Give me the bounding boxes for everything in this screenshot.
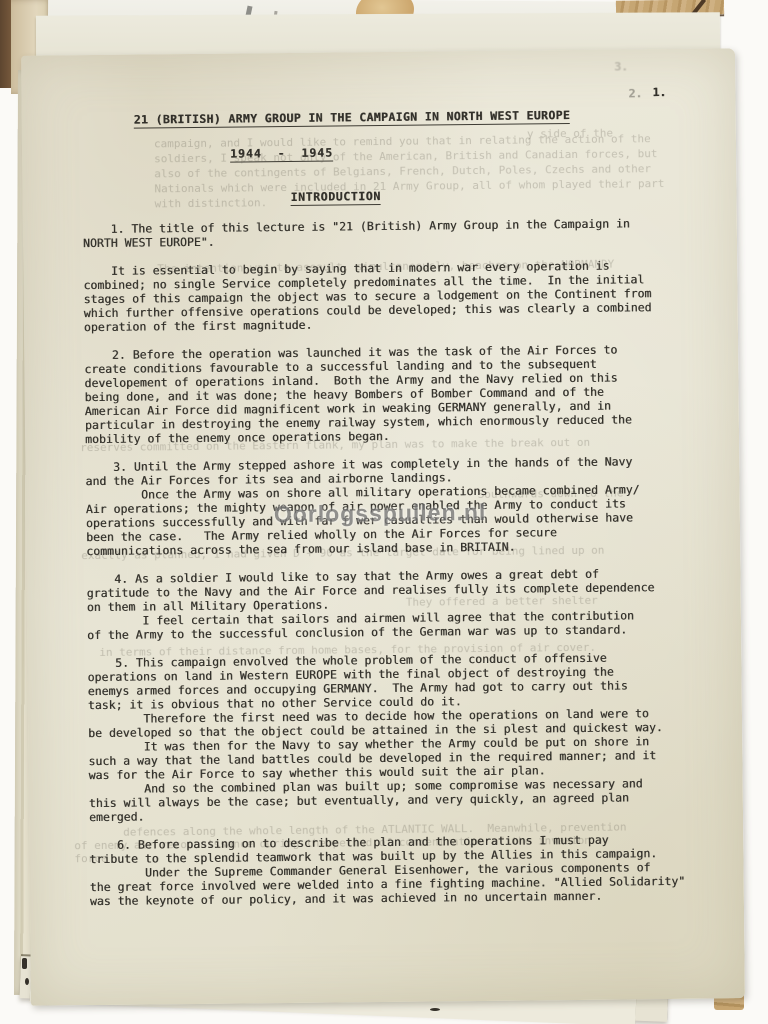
ink-speck [430, 1008, 440, 1011]
body-paragraph: 1. The title of this lecture is "21 (Bri… [83, 216, 675, 250]
body-paragraph: 2. Before the operation was launched it … [84, 342, 677, 446]
ink-speck [25, 978, 29, 985]
document-page: 3. 2. 1. 21 (BRITISH) ARMY GROUP IN THE … [21, 48, 745, 1005]
watermark: Oorlogsspullen.nl [274, 499, 487, 528]
ink-speck [22, 958, 27, 969]
body-paragraph: 6. Before passing on to describe the pla… [89, 832, 682, 908]
body-paragraph: 4. As a soldier I would like to say that… [86, 566, 679, 642]
page-number: 1. [652, 85, 666, 99]
body-paragraph: It is essential to begin by saying that … [83, 258, 676, 334]
body-paragraph: 5. This campaign envolved the whole prob… [87, 650, 681, 824]
ghost-text-line: with distinction. [155, 195, 268, 211]
body-text: 1. The title of this lecture is "21 (Bri… [83, 216, 682, 922]
page-number-bleed-2: 2. [628, 86, 642, 100]
page-number-bleed-3: 3. [614, 59, 628, 73]
document-title: 21 (BRITISH) ARMY GROUP IN THE CAMPAIGN … [134, 108, 571, 129]
